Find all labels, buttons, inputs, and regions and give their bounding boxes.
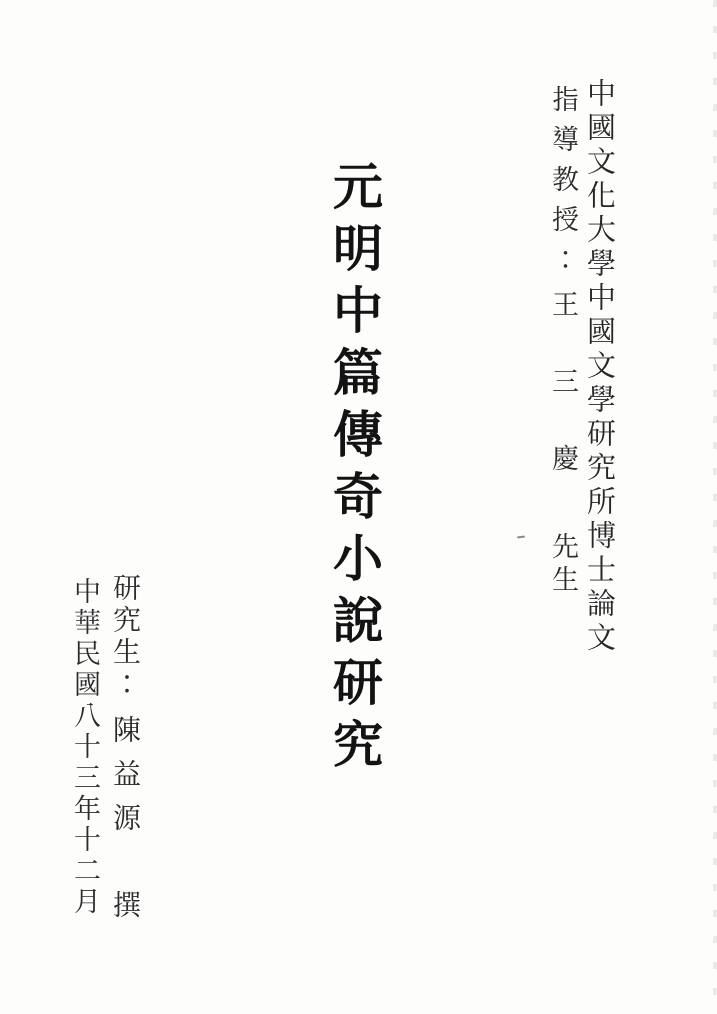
advisor-label: 指導教授： [548, 85, 578, 285]
advisor-line: 指導教授：王三慶先生 [544, 85, 583, 598]
institution-degree-line: 中國文化大學中國文學研究所博士論文 [579, 78, 620, 656]
advisor-honorific: 先生 [548, 532, 578, 598]
researcher-label: 研究生： [109, 573, 140, 701]
date-line: 中華民國八十三年十二月 [66, 577, 105, 918]
researcher-line: 研究生：陳益源撰 [104, 573, 144, 918]
thesis-title-page: 中國文化大學中國文學研究所博士論文 指導教授：王三慶先生 元明中篇傳奇小說研究 … [0, 0, 717, 1014]
researcher-suffix: 撰 [109, 890, 140, 918]
advisor-name: 王三慶 [548, 290, 578, 521]
thesis-title: 元明中篇傳奇小說研究 [318, 160, 390, 780]
researcher-name: 陳益源 [109, 715, 140, 847]
scan-speck [517, 535, 525, 538]
page-edge-artifact [713, 0, 717, 1014]
